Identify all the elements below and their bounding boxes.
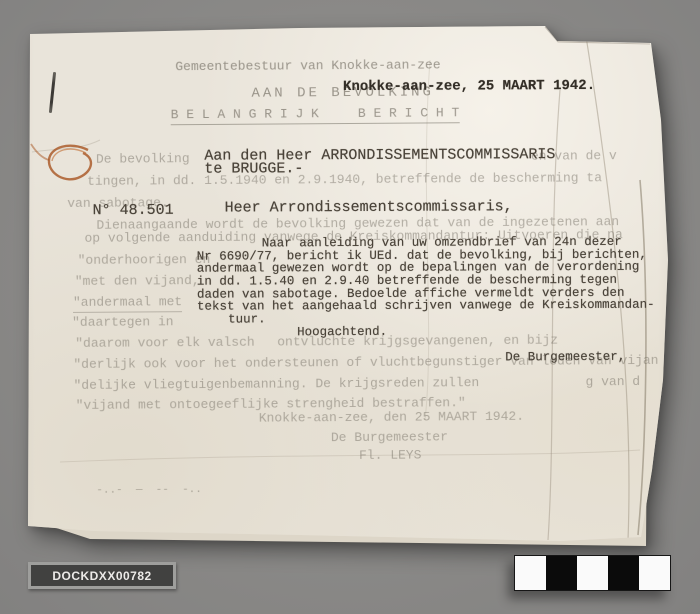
- scale-bar-square: [577, 556, 608, 590]
- typed-line: Knokke-aan-zee, 25 MAART 1942.: [343, 78, 595, 95]
- typed-line: N° 48.501: [93, 202, 174, 219]
- typed-line: Heer Arrondissementscommissaris,: [225, 198, 513, 216]
- typed-line: te BRUGGE.-: [204, 160, 303, 177]
- letter-paper: Gemeentebestuur van Knokke-aan-zeeAAN DE…: [0, 0, 700, 614]
- scale-bar-square: [546, 556, 577, 590]
- scale-bar-square: [608, 556, 639, 590]
- catalog-label-text: DOCKDXX00782: [52, 569, 151, 583]
- scan-photograph: { "scene": { "background_color": "#8a898…: [0, 0, 700, 614]
- catalog-label: DOCKDXX00782: [28, 562, 176, 589]
- scale-bar-square: [639, 556, 670, 590]
- typed-text-layer: Knokke-aan-zee, 25 MAART 1942.Aan den He…: [0, 0, 700, 614]
- document-sheet: Gemeentebestuur van Knokke-aan-zeeAAN DE…: [0, 0, 700, 614]
- scale-bar-square: [515, 556, 546, 590]
- typed-line: tekst van het aangehaald schrijven vanwe…: [197, 298, 655, 314]
- typed-line: De Burgemeester,: [505, 350, 625, 365]
- typed-line: tuur.: [228, 312, 266, 326]
- typed-line: Hoogachtend.: [297, 325, 387, 339]
- photo-scale-bar: [514, 555, 671, 591]
